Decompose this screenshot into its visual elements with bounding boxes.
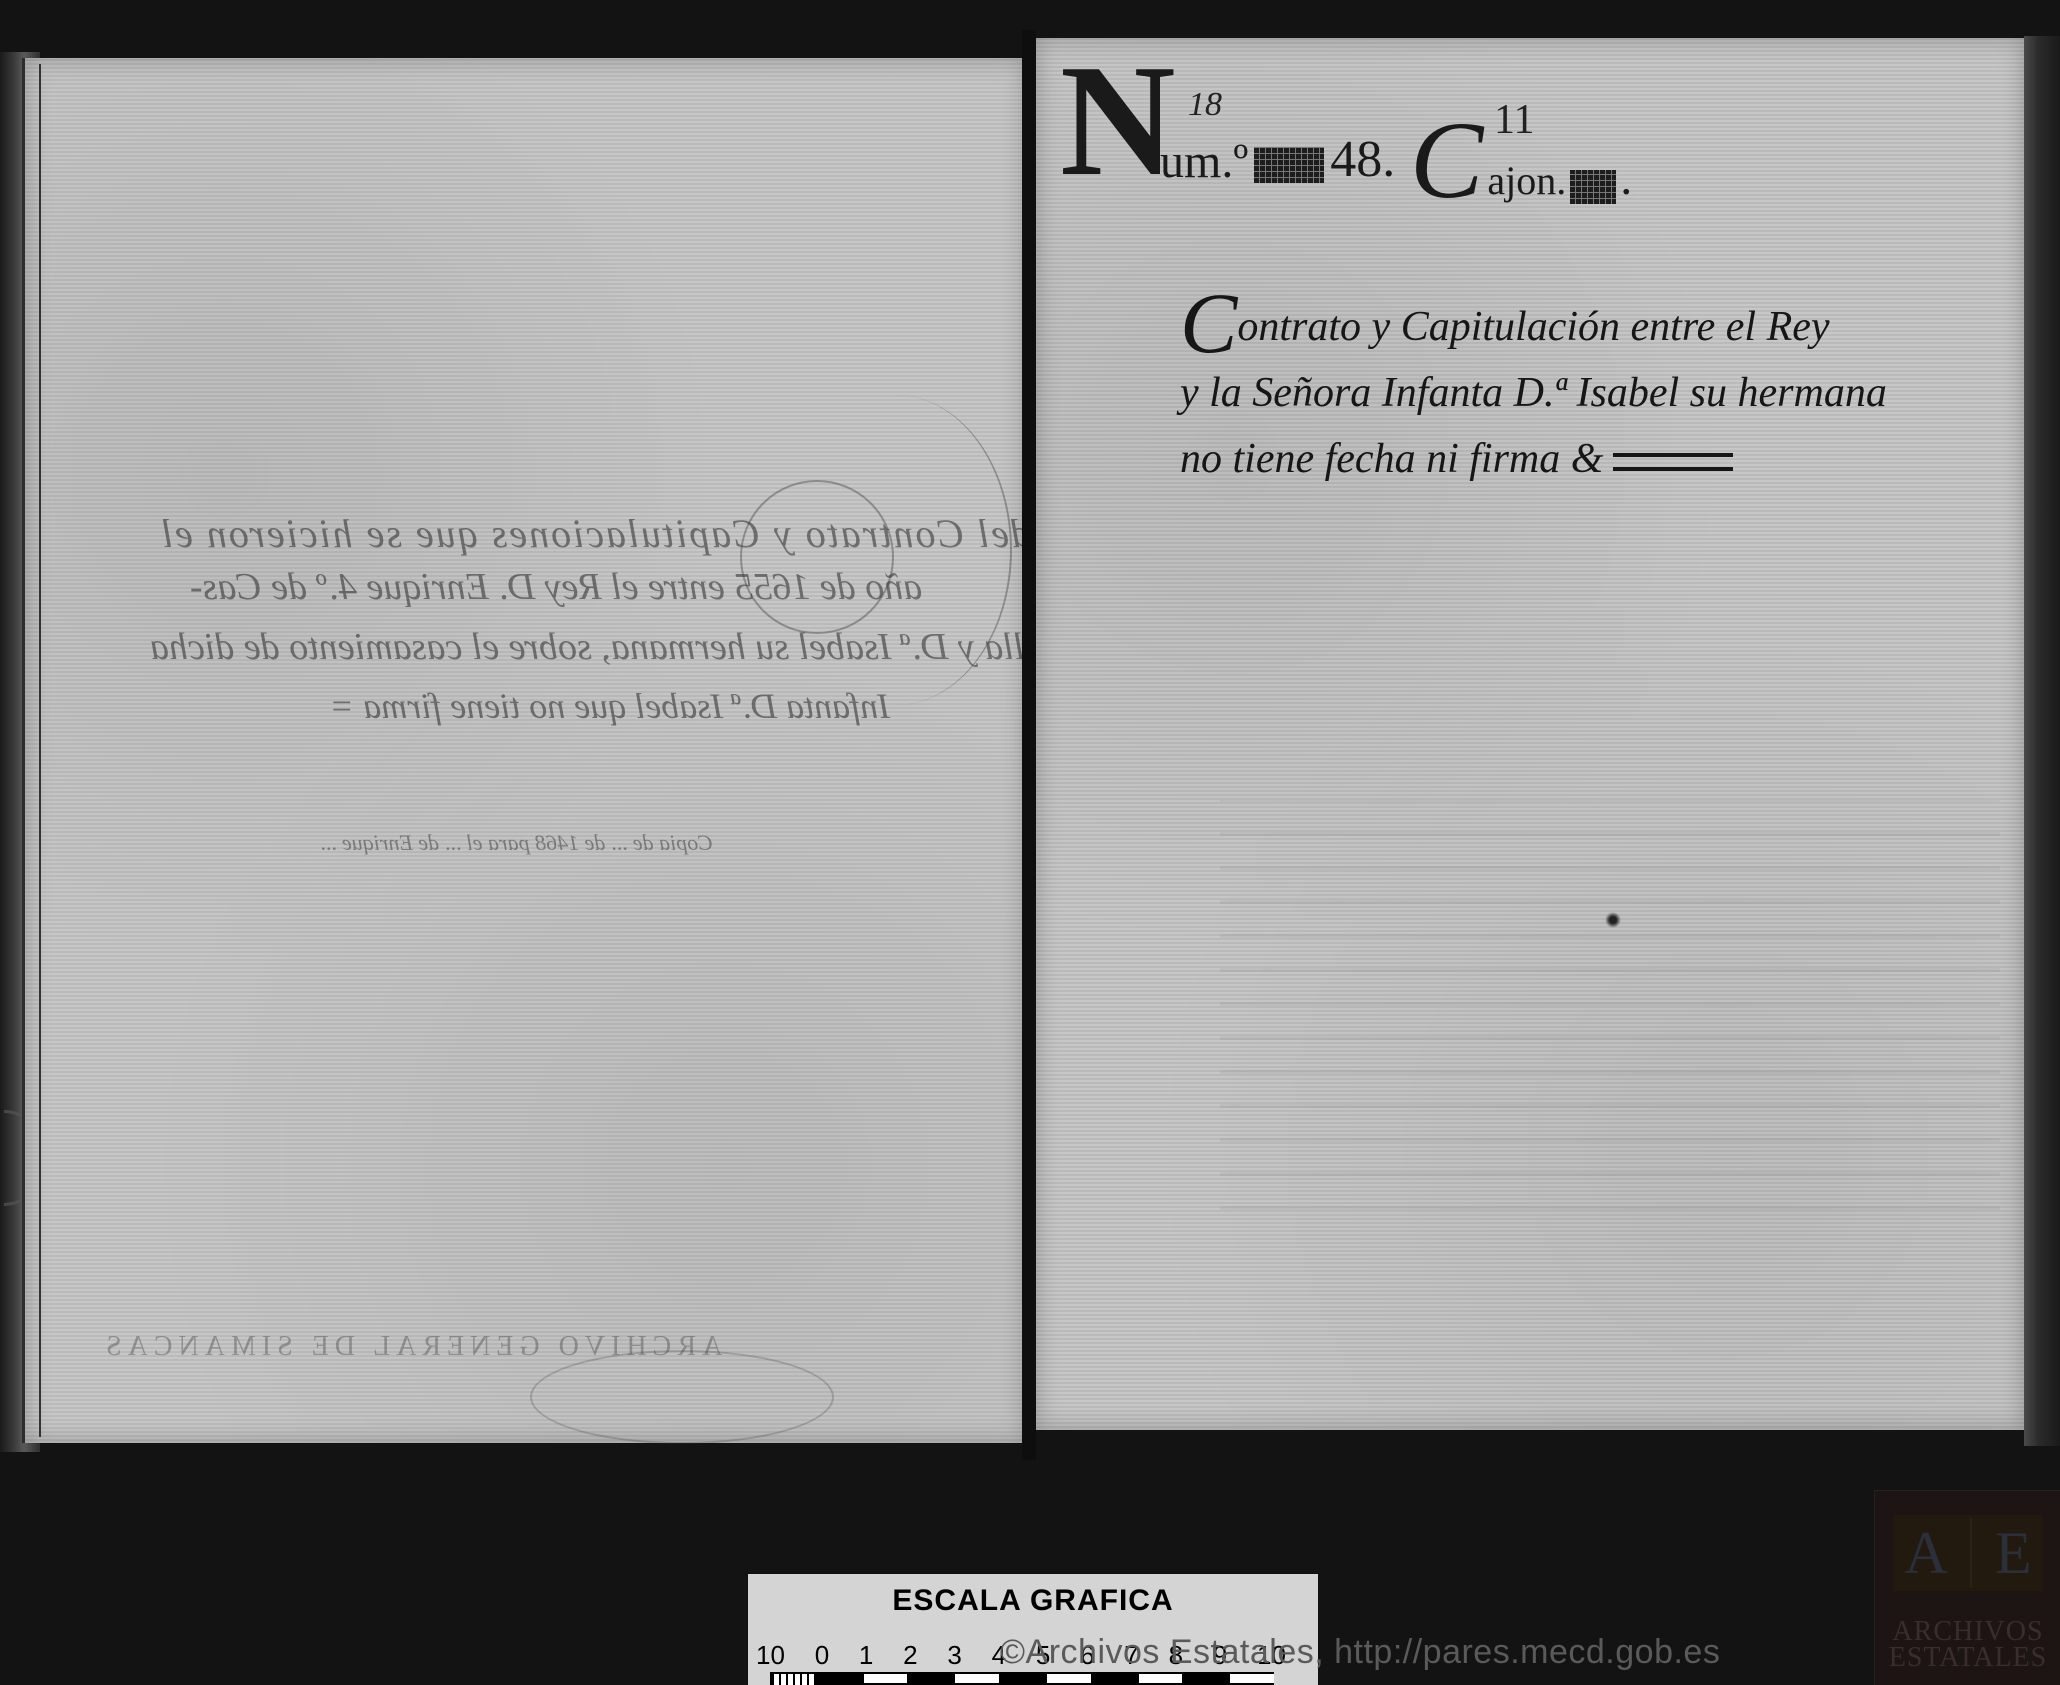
numero-value: 48.: [1330, 130, 1395, 189]
scanned-document: Copia del Contrato y Capitulaciones que …: [0, 0, 2060, 1685]
logo-divider: [1970, 1518, 1972, 1588]
numero-field: um.º 48.: [1160, 130, 1395, 189]
scale-segment: [1091, 1674, 1137, 1685]
scale-segment: [999, 1674, 1045, 1685]
scale-tick: 3: [947, 1640, 961, 1671]
logo-letters: A E: [1893, 1515, 2043, 1591]
title-line-text: y la Señora Infanta D.ª Isabel su herman…: [1180, 370, 1887, 416]
title-line: no tiene fecha ni firma &: [1180, 426, 2040, 492]
title-line: y la Señora Infanta D.ª Isabel su herman…: [1180, 360, 2040, 426]
bleed-through-flourish: [780, 395, 1012, 705]
handwritten-title: Contrato y Capitulación entre el Rey y l…: [1180, 290, 2040, 492]
scale-tick: 0: [815, 1640, 829, 1671]
faint-bleed-through-text: [1220, 800, 2000, 1240]
cajon-initial: C: [1410, 110, 1483, 210]
scale-segment: [862, 1674, 908, 1685]
logo-line-2: ESTATALES: [1875, 1645, 2060, 1671]
scale-segment: [1228, 1674, 1274, 1685]
cajon-dot: .: [1620, 151, 1632, 206]
scale-segment: [907, 1674, 953, 1685]
bleed-through-note: Copia de ... de 1468 para el ... de Enri…: [320, 830, 713, 856]
logo-letter-e: E: [1995, 1519, 2032, 1588]
scale-segment: [770, 1674, 816, 1685]
page-gutter: [1022, 30, 1036, 1460]
scale-tick: 1: [859, 1640, 873, 1671]
scale-segment: [1045, 1674, 1091, 1685]
scale-tick: 10: [756, 1640, 785, 1671]
numero-label: um.º: [1160, 134, 1248, 189]
title-initial: C: [1180, 275, 1237, 371]
numero-initial: N: [1060, 40, 1176, 200]
title-line: Contrato y Capitulación entre el Rey: [1180, 290, 2040, 360]
right-page-edge: [2024, 36, 2060, 1446]
title-line-text: ontrato y Capitulación entre el Rey: [1237, 304, 1829, 350]
scale-segment: [1137, 1674, 1183, 1685]
redacted-grid-box: [1570, 170, 1616, 204]
left-page-margin-line: [39, 64, 41, 1437]
logo-letter-a: A: [1904, 1519, 1947, 1588]
scale-title: ESCALA GRAFICA: [748, 1584, 1318, 1618]
copyright-watermark: ©Archivos Estatales, http://pares.mecd.g…: [1000, 1633, 1720, 1672]
bleed-through-line: Infanta D.ª Isabel que no tiene firma =: [330, 685, 890, 727]
cajon-label: ajon.: [1487, 157, 1566, 204]
double-underline: [1613, 453, 1733, 471]
scale-tick: 2: [903, 1640, 917, 1671]
left-page: [22, 58, 1025, 1443]
cajon-field: C ajon. .: [1410, 110, 1632, 210]
scale-segment: [953, 1674, 999, 1685]
title-line-text: no tiene fecha ni firma &: [1180, 436, 1603, 482]
scale-segment: [816, 1674, 862, 1685]
logo-wordmark: ARCHIVOS ESTATALES: [1875, 1619, 2060, 1671]
scale-segment: [1182, 1674, 1228, 1685]
ink-blot: [1605, 912, 1621, 928]
numero-annotation: 18: [1188, 86, 1222, 124]
bleed-through-oval-seal: [530, 1350, 834, 1444]
archivos-estatales-logo: A E ARCHIVOS ESTATALES: [1874, 1490, 2060, 1685]
redacted-grid-box: [1254, 147, 1324, 183]
scale-ruler: [770, 1672, 1274, 1685]
